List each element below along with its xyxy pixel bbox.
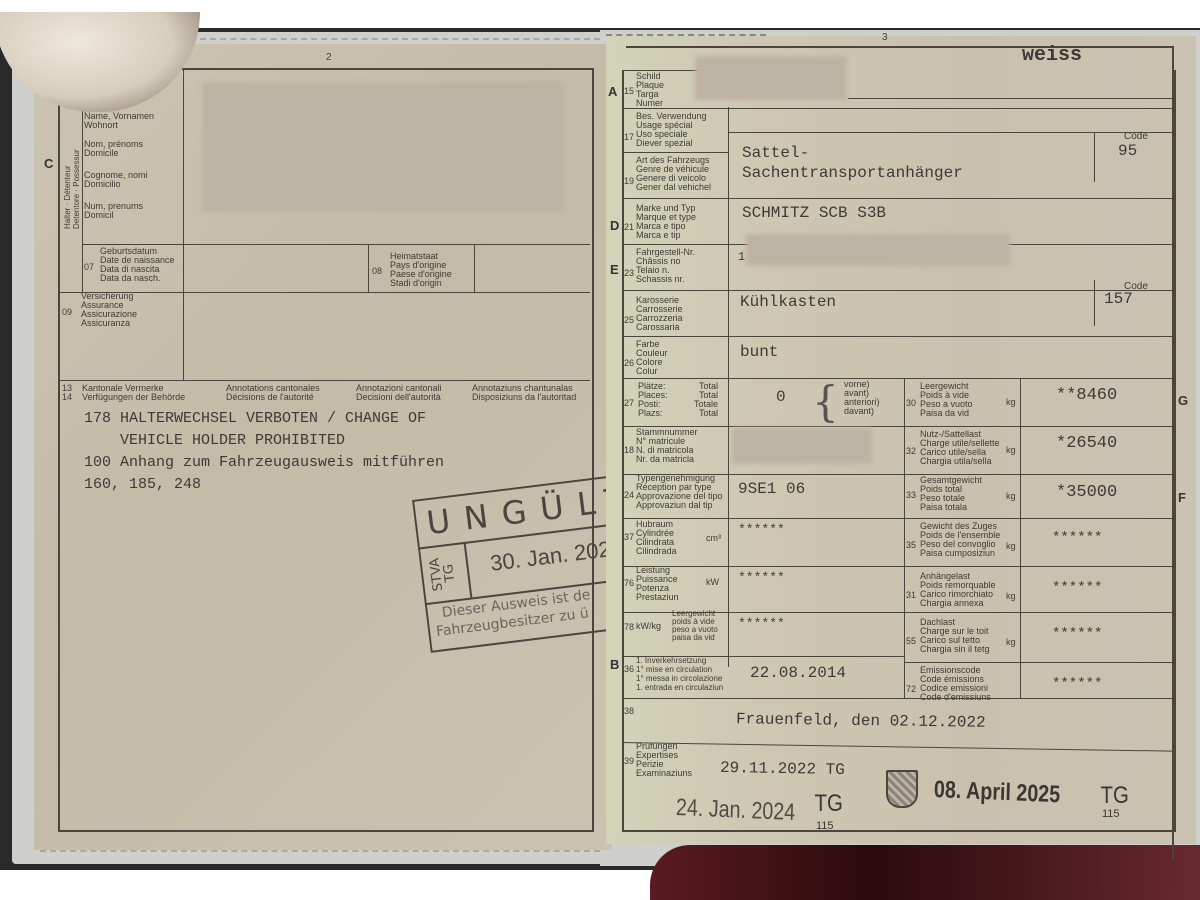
label-name-it: Cognome, nomi Domicilio <box>84 171 148 189</box>
label-name-de: Name, Vornamen Wohnort <box>84 112 154 130</box>
total-weight-value: *35000 <box>1056 483 1117 502</box>
type-approval-value: 9SE1 06 <box>738 480 805 498</box>
redacted-chassis <box>746 234 1010 266</box>
annotation-line-1: 178 HALTERWECHSEL VERBOTEN / CHANGE OF <box>84 410 426 427</box>
label-power-weight: kW/kg <box>636 622 661 631</box>
label-birthdate: Geburtsdatum Date de naissance Data di n… <box>100 247 175 283</box>
divider <box>368 244 369 292</box>
inspection-stamp-canton: TG <box>1100 782 1128 810</box>
field-code-07: 07 <box>84 262 94 272</box>
annotations-codes: 13 14 <box>62 384 72 402</box>
page-number-left: 2 <box>326 52 332 63</box>
section-letter-d: D <box>610 218 619 233</box>
field-code-18: 18 <box>624 445 634 455</box>
label-emissions: Emissionscode Code émissions Codice emis… <box>920 666 991 702</box>
field-code-23: 23 <box>624 268 634 278</box>
stitching-top-right <box>606 34 766 36</box>
field-code-33: 33 <box>906 490 916 500</box>
label-roof-load: Dachlast Charge sur le toit Carico sul t… <box>920 618 990 654</box>
label-empty-weight: Leergewicht Poids à vide Peso a vuoto Pa… <box>920 382 973 418</box>
annotations-header-rm: Annotaziuns chantunalas Disposiziuns da … <box>472 384 576 402</box>
field-code-09: 09 <box>62 307 72 317</box>
divider <box>1094 132 1095 182</box>
label-seats-total: Total Total Totale Total <box>694 382 718 418</box>
divider <box>58 380 590 381</box>
label-plate: Schild Plaque Targa Numer <box>636 72 664 108</box>
divider <box>622 426 1172 427</box>
label-special-use: Bes. Verwendung Usage spécial Uso specia… <box>636 112 707 148</box>
label-towing-load: Anhängelast Poids remorquable Carico rim… <box>920 572 996 608</box>
side-label-fr: Détenteur <box>63 165 72 200</box>
inspection-stamp2-date: 24. Jan. 2024 <box>676 794 796 827</box>
annotations-header-fr: Annotations cantonales Décisions de l'au… <box>226 384 320 402</box>
redacted-base-number <box>732 428 872 464</box>
inspection-stamp2-office: 115 <box>816 820 834 832</box>
label-insurance: Versicherung Assurance Assicurazione Ass… <box>81 292 137 328</box>
make-type-value: SCHMITZ SCB S3B <box>742 204 886 222</box>
holder-side-label: Halter · Détenteur Detentore · Possessur <box>60 108 82 228</box>
section-letter-f: F <box>1178 490 1186 505</box>
label-make-type: Marke und Typ Marque et type Marca e tip… <box>636 204 696 240</box>
field-code-30: 30 <box>906 398 916 408</box>
unit-kw: kW <box>706 578 719 587</box>
label-chassis: Fahrgestell-Nr. Châssis no Telaio n. Sch… <box>636 248 695 284</box>
unit-kg-31: kg <box>1006 592 1016 601</box>
unit-kg-32: kg <box>1006 446 1016 455</box>
divider <box>183 70 184 380</box>
annotation-line-3: 100 Anhang zum Fahrzeugausweis mitführen <box>84 454 444 471</box>
vehicle-type-line-2: Sachentransportanhänger <box>742 164 963 182</box>
inspection-stamp2-canton: TG <box>814 790 842 818</box>
divider <box>622 336 1172 337</box>
divider <box>728 132 1172 133</box>
section-letter-a: A <box>608 84 617 99</box>
unit-kg-35: kg <box>1006 542 1016 551</box>
annotation-line-2: VEHICLE HOLDER PROHIBITED <box>84 432 345 449</box>
label-name-fr: Nom, prénoms Domicile <box>84 140 143 158</box>
label-base-number: Stammnummer N° matricule N. di matricola… <box>636 428 698 464</box>
field-code-24: 24 <box>624 490 634 500</box>
annotation-line-4: 160, 185, 248 <box>84 476 201 493</box>
brace-icon: { <box>812 380 839 424</box>
label-total-weight: Gesamtgewicht Poids total Peso totale Pa… <box>920 476 982 512</box>
field-code-36: 36 <box>624 664 634 674</box>
payload-value: *26540 <box>1056 434 1117 453</box>
empty-weight-value: **8460 <box>1056 386 1117 405</box>
page-number-right: 3 <box>882 32 888 43</box>
field-code-35: 35 <box>906 540 916 550</box>
unit-kg-55: kg <box>1006 638 1016 647</box>
field-code-39: 39 <box>624 756 634 766</box>
field-code-76: 76 <box>624 578 634 588</box>
divider <box>474 244 475 292</box>
towing-load-value: ****** <box>1052 580 1102 596</box>
field-code-72: 72 <box>906 684 916 694</box>
label-body: Karosserie Carrosserie Carrozzeria Caros… <box>636 296 683 332</box>
inspection-stamp-office: 115 <box>1102 808 1120 820</box>
divider <box>622 290 1172 291</box>
vehicle-type-line-1: Sattel- <box>742 144 809 162</box>
section-letter-e: E <box>610 262 619 277</box>
first-registration-value: 22.08.2014 <box>750 664 846 682</box>
divider <box>622 152 728 153</box>
color-value: bunt <box>740 343 778 361</box>
side-label-it: Detentore <box>72 194 81 229</box>
label-color: Farbe Couleur Colore Colur <box>636 340 668 376</box>
divider <box>848 98 1172 99</box>
section-letter-b: B <box>610 657 619 672</box>
redacted-plate <box>695 56 847 100</box>
label-seats-front: vorne) avant) anteriori) davant) <box>844 380 880 416</box>
field-code-37: 37 <box>624 532 634 542</box>
field-code-25: 25 <box>624 315 634 325</box>
divider <box>728 107 729 667</box>
power-value: ****** <box>738 570 785 585</box>
color-value-top: weiss <box>1022 44 1082 67</box>
field-code-78: 78 <box>624 622 634 632</box>
side-label-rm: Possessur <box>72 149 81 186</box>
field-code-08: 08 <box>372 266 382 276</box>
annotations-header-it: Annotazioni cantonali Decisioni dell'aut… <box>356 384 442 402</box>
stitching-top-left <box>200 38 600 40</box>
chassis-value: 1 <box>738 250 745 264</box>
field-code-21: 21 <box>624 222 634 232</box>
label-type-approval: Typengenehmigung Réception par type Appr… <box>636 474 723 510</box>
divider <box>622 518 1172 519</box>
redacted-holder-name <box>202 82 564 212</box>
canton-coat-of-arms-icon <box>886 770 918 808</box>
divider <box>82 100 83 292</box>
unit-kg-33: kg <box>1006 492 1016 501</box>
field-code-26: 26 <box>624 358 634 368</box>
divider <box>622 566 1172 567</box>
label-power: Leistung Puissance Potenza Prestaziun <box>636 566 679 602</box>
label-inspections: Prüfungen Expertises Perizie Examinaziun… <box>636 742 692 778</box>
section-letter-c: C <box>44 156 53 171</box>
label-payload: Nutz-/Sattellast Charge utile/sellette C… <box>920 430 1000 466</box>
label-train-weight: Gewicht des Zuges Poids de l'ensemble Pe… <box>920 522 1000 558</box>
emissions-value: ****** <box>1052 676 1102 692</box>
label-seats: Plätze: Places: Posti: Plazs: <box>638 382 668 418</box>
stitching-bottom-left <box>40 850 600 852</box>
label-name-rm: Num, prenums Domicil <box>84 202 143 220</box>
inspection-entry: 29.11.2022 TG <box>720 759 845 779</box>
body-code: 157 <box>1104 290 1133 308</box>
divider <box>622 198 1172 199</box>
field-code-17: 17 <box>624 132 634 142</box>
unit-cm3: cm³ <box>706 534 721 543</box>
label-origin: Heimatstaat Pays d'origine Paese d'origi… <box>390 252 452 288</box>
annotations-header-de: Kantonale Vermerke Verfügungen der Behör… <box>82 384 185 402</box>
field-code-27: 27 <box>624 398 634 408</box>
label-displacement: Hubraum Cylindrée Cilindrata Cilindrada <box>636 520 677 556</box>
field-code-32: 32 <box>906 446 916 456</box>
divider <box>622 378 1172 379</box>
field-code-55: 55 <box>906 636 916 646</box>
label-vehicle-type: Art des Fahrzeugs Genre de véhicule Gene… <box>636 156 711 192</box>
side-label-de: Halter <box>63 208 72 229</box>
displacement-value: ****** <box>738 522 785 537</box>
divider <box>904 662 1172 663</box>
label-first-registration: 1. Inverkehrsetzung 1° mise en circulati… <box>636 656 723 692</box>
vehicle-type-code: 95 <box>1118 142 1137 160</box>
divider <box>1094 280 1095 326</box>
divider <box>82 244 590 245</box>
label-power-weight-sub: Leergewicht poids à vide peso a vuoto pa… <box>672 610 718 642</box>
section-letter-g: G <box>1178 393 1188 408</box>
field-code-38: 38 <box>624 706 634 716</box>
power-weight-value: ****** <box>738 616 785 631</box>
unit-kg-30: kg <box>1006 398 1016 407</box>
field-code-19: 19 <box>624 176 634 186</box>
divider <box>58 292 590 293</box>
train-weight-value: ****** <box>1052 530 1102 546</box>
roof-load-value: ****** <box>1052 626 1102 642</box>
body-value: Kühlkasten <box>740 293 836 311</box>
inspection-stamp-date: 08. April 2025 <box>934 776 1061 809</box>
seats-value: 0 <box>776 388 786 406</box>
code-label-19: Code <box>1124 132 1148 141</box>
issue-place-date: Frauenfeld, den 02.12.2022 <box>736 710 986 731</box>
divider <box>622 108 1172 109</box>
field-code-31: 31 <box>906 590 916 600</box>
field-code-15: 15 <box>624 86 634 96</box>
divider <box>622 698 1172 699</box>
